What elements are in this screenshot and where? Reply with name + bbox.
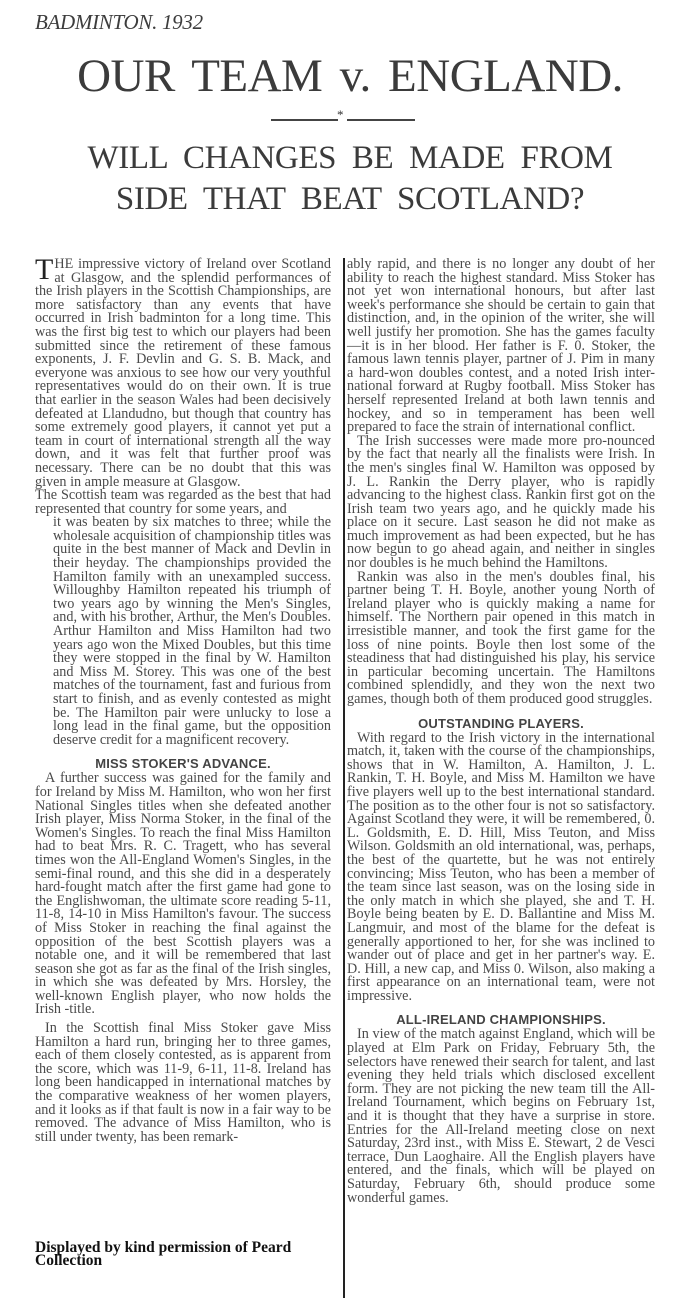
subheading: OUTSTANDING PLAYERS.: [347, 717, 655, 731]
paragraph: The Scottish team was regarded as the be…: [35, 489, 331, 516]
headline-separator: *: [271, 111, 415, 125]
headline: OUR TEAM v. ENGLAND.: [0, 53, 700, 100]
paragraph: In the Scottish final Miss Stoker gave M…: [35, 1022, 331, 1144]
star-ornament-icon: *: [337, 107, 344, 123]
paragraph: The Irish successes were made more pro-n…: [347, 435, 655, 571]
paragraph: THE impressive victory of Ireland over S…: [35, 258, 331, 489]
paragraph: it was beaten by six matches to three; w…: [35, 516, 331, 747]
article-column-left: THE impressive victory of Ireland over S…: [35, 258, 331, 1144]
subheading: ALL-IRELAND CHAMPIONSHIPS.: [347, 1013, 655, 1027]
deck-subheadline: WILL CHANGES BE MADE FROM SIDE THAT BEAT…: [0, 138, 700, 220]
paragraph: ably rapid, and there is no longer any d…: [347, 258, 655, 435]
paragraph: Rankin was also in the men's doubles fin…: [347, 571, 655, 707]
separator-rule-left: [271, 119, 338, 121]
section-kicker: BADMINTON. 1932: [35, 10, 203, 35]
deck-line-2: SIDE THAT BEAT SCOTLAND?: [0, 179, 700, 220]
subheading: MISS STOKER'S ADVANCE.: [35, 757, 331, 771]
column-divider: [343, 258, 345, 1298]
paragraph: In view of the match against England, wh…: [347, 1028, 655, 1205]
paragraph: With regard to the Irish victory in the …: [347, 732, 655, 1004]
drop-cap: T: [35, 258, 53, 282]
separator-rule-right: [347, 119, 415, 121]
deck-line-1: WILL CHANGES BE MADE FROM: [0, 138, 700, 179]
paragraph: A further success was gained for the fam…: [35, 772, 331, 1017]
article-column-right: ably rapid, and there is no longer any d…: [347, 258, 655, 1205]
paragraph-text: HE impressive victory of Ireland over Sc…: [35, 256, 331, 490]
permission-credit: Displayed by kind permission of Peard Co…: [35, 1241, 335, 1267]
